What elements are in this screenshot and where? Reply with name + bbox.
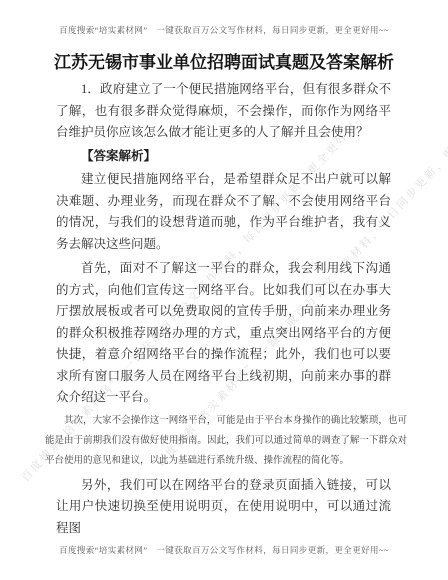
answer-first-point-paragraph: 首先，面对不了解这一平台的群众，我会利用线下沟通的方式，向他们宣传这一网络平台。…	[56, 258, 391, 409]
header-promo-note: 百度搜索“培实素材网” 一键获取百万公文写作材料，每日同步更新，更全更好用~~	[0, 24, 448, 36]
answer-second-point-paragraph: 其次，大家不会操作这一网络平台，可能是由于平台本身操作的确比较繁琐，也可能是由于…	[45, 411, 407, 471]
answer-third-point-paragraph: 另外，我们可以在网络平台的登录页面插入链接，可以让用户快速切换至使用说明页，在使…	[56, 475, 391, 540]
document-page: 百度搜索“培实素材网” 一键获取百万公文写作材料，每日同步更新，更全更好用~~ …	[0, 0, 448, 580]
document-body: 1．政府建立了一个便民措施网络平台，但有很多群众不了解，也有很多群众觉得麻烦，不…	[0, 76, 448, 539]
footer-promo-note: 百度搜索“培实素材网” 一键获取百万公文写作材料，每日同步更新，更全更好用~~	[0, 544, 448, 556]
answer-intro-paragraph: 建立便民措施网络平台，是希望群众足不出户就可以解决难题、办理业务，而现在群众不了…	[56, 169, 391, 255]
question-paragraph: 1．政府建立了一个便民措施网络平台，但有很多群众不了解，也有很多群众觉得麻烦，不…	[56, 79, 391, 144]
page-title: 江苏无锡市事业单位招聘面试真题及答案解析	[0, 0, 448, 76]
answer-analysis-label: 【答案解析】	[56, 146, 391, 168]
